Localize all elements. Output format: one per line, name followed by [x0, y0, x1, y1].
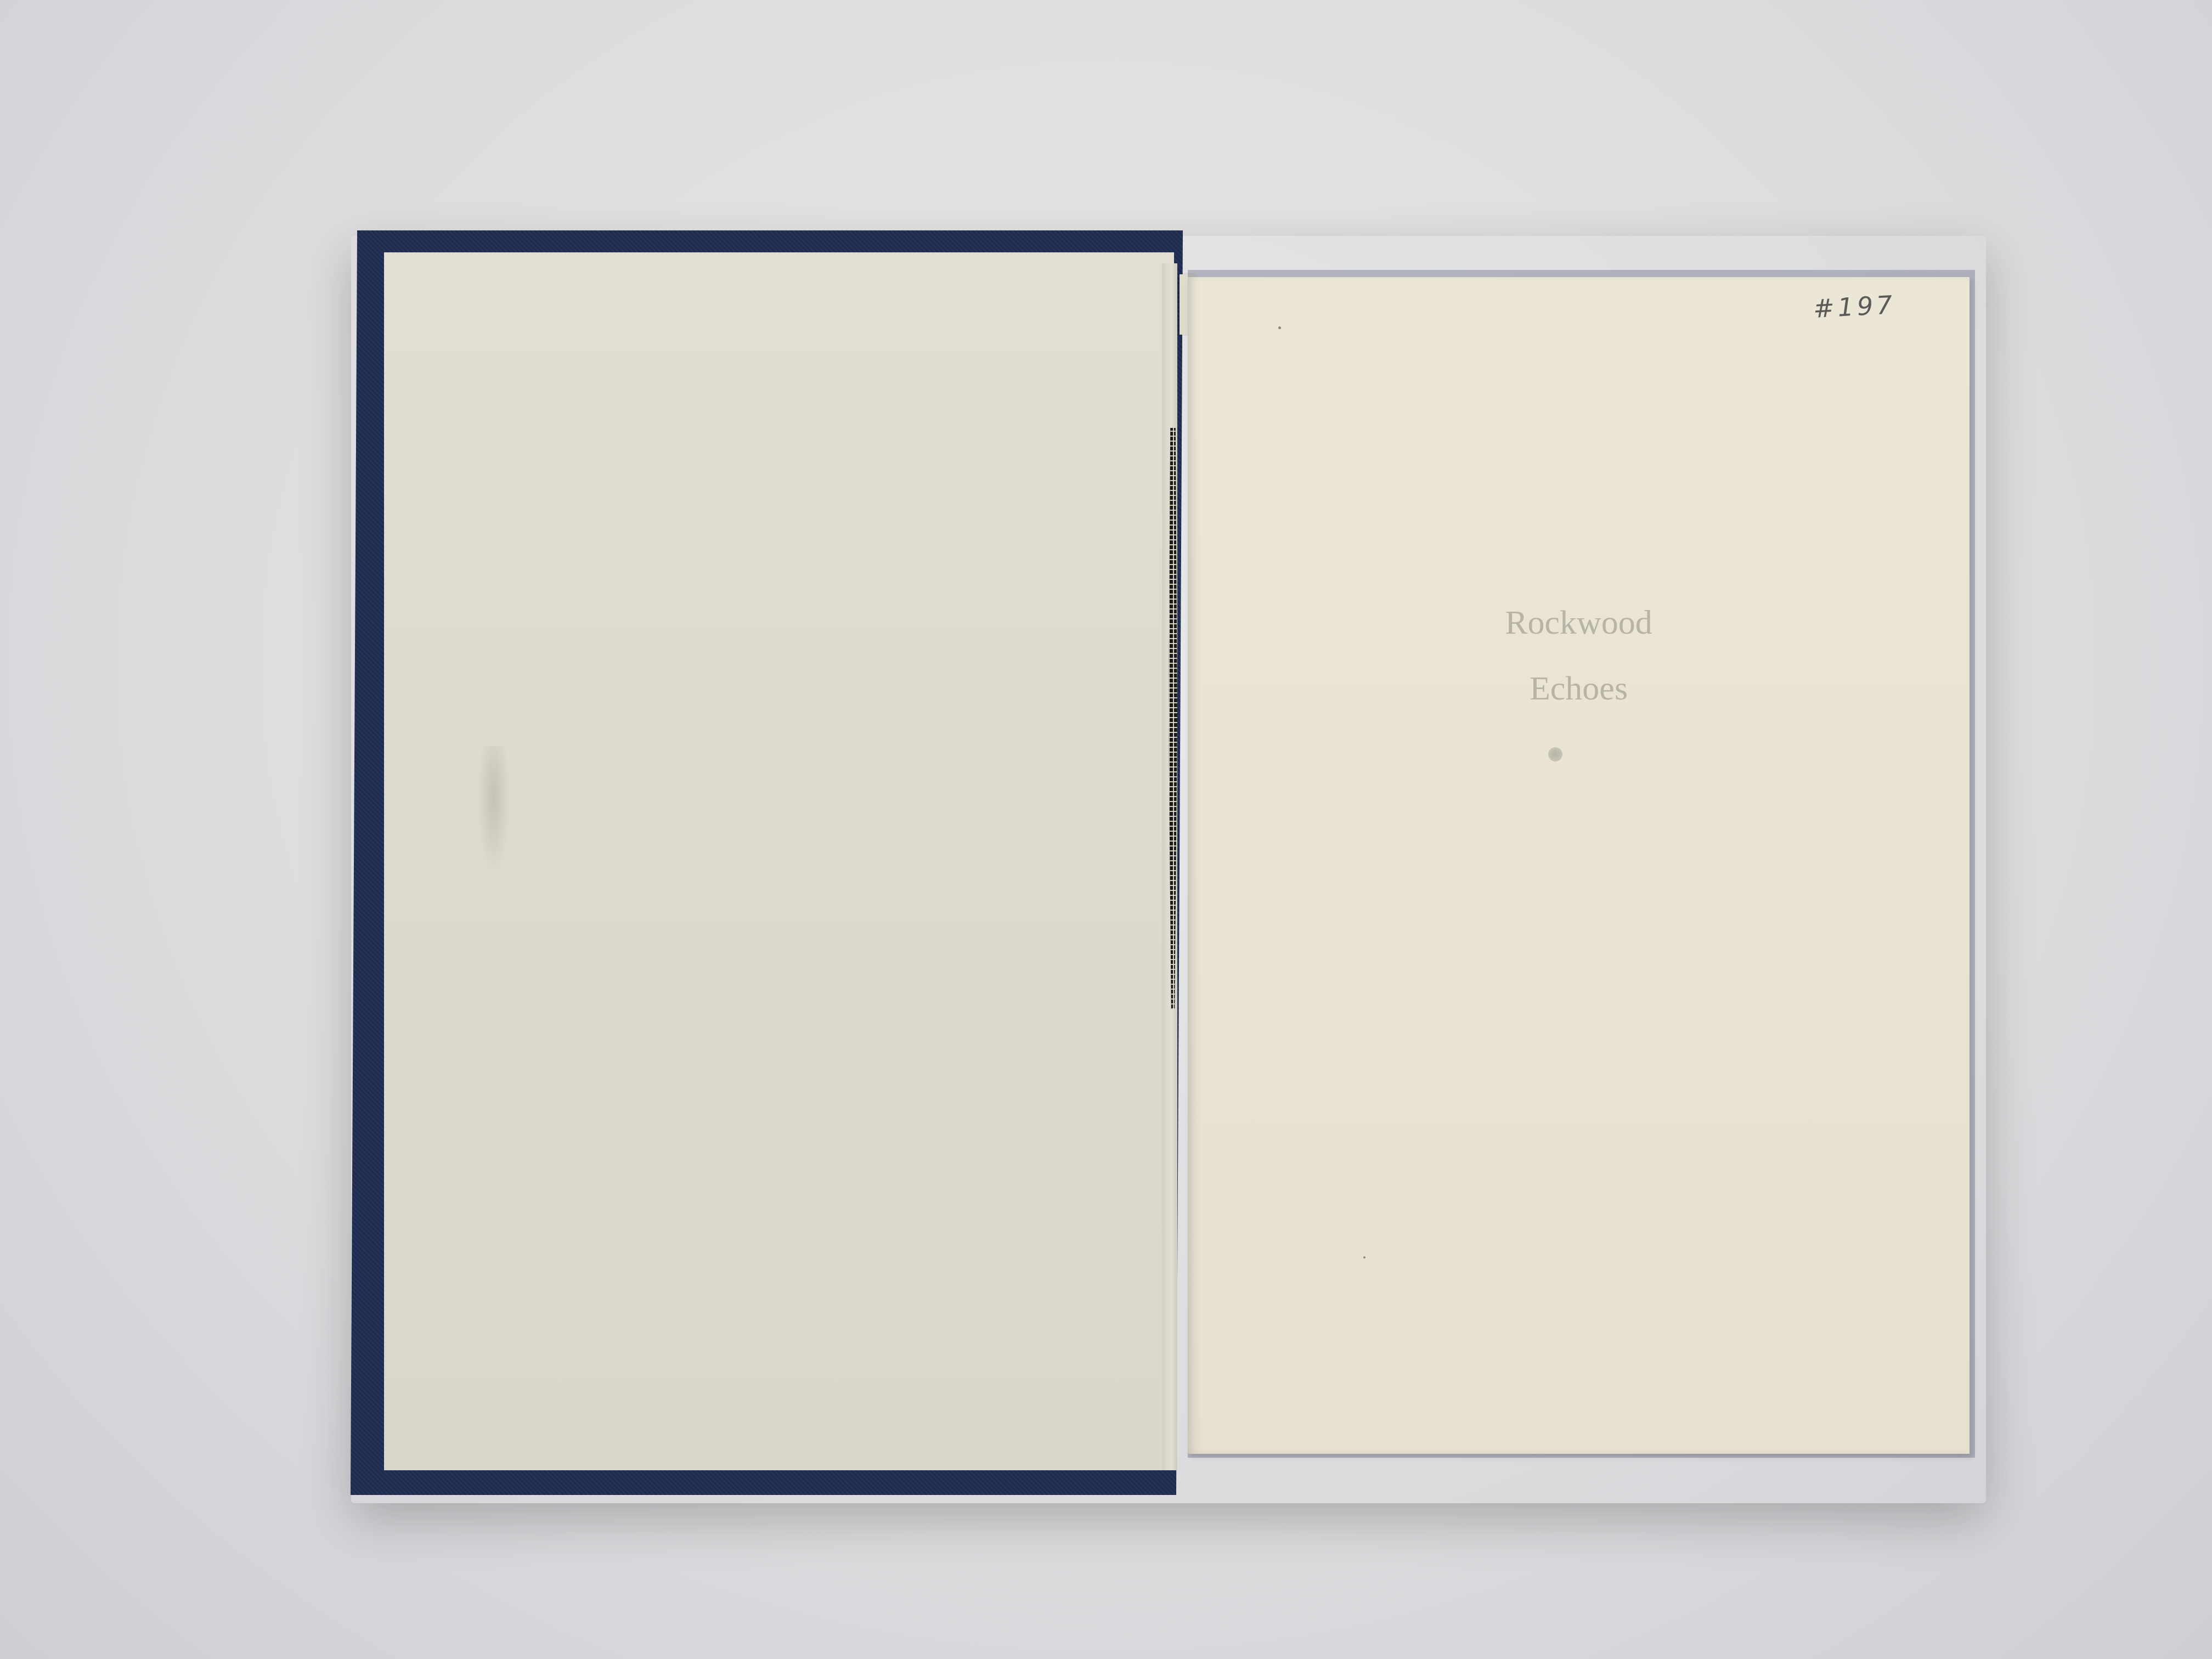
paper-speck — [1278, 326, 1281, 329]
handwritten-number: #197 — [1813, 290, 1897, 324]
book-photo-scene: #197 Rockwood Echoes — [0, 0, 2212, 1659]
title-line-1: Rockwood — [1188, 603, 1970, 642]
ornament-icon — [1548, 747, 1562, 761]
half-title-page — [1188, 277, 1970, 1454]
paper-speck — [1363, 1256, 1365, 1259]
endpaper-stain — [477, 746, 510, 872]
title-line-2: Echoes — [1188, 669, 1970, 708]
